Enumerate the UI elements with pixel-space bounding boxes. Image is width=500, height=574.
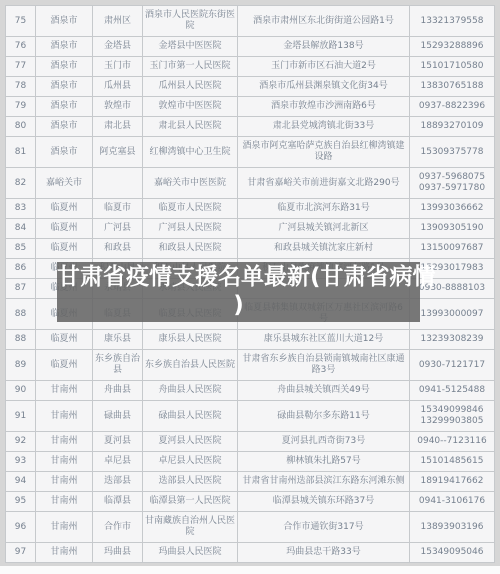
cell-seq: 96 — [6, 512, 36, 543]
cell-seq: 82 — [6, 168, 36, 199]
cell-city: 酒泉市 — [36, 37, 93, 57]
cell-seq: 81 — [6, 137, 36, 168]
cell-phone: 13893903196 — [410, 512, 495, 543]
cell-phone: 0937-8822396 — [410, 97, 495, 117]
cell-seq: 80 — [6, 117, 36, 137]
cell-hospital: 肃北县人民医院 — [143, 117, 238, 137]
cell-seq: 85 — [6, 239, 36, 259]
cell-address: 肃北县党城湾镇北街33号 — [238, 117, 410, 137]
table-row: 84 临夏州 广河县 广河县人民医院 广河县城关镇河北新区 1390930519… — [6, 219, 495, 239]
cell-seq: 77 — [6, 57, 36, 77]
cell-hospital: 临潭县第一人民医院 — [143, 492, 238, 512]
cell-city: 甘南州 — [36, 432, 93, 452]
cell-city: 临夏州 — [36, 330, 93, 350]
table-row: 92 甘南州 夏河县 夏河县人民医院 夏河县扎西奇街73号 0940--7123… — [6, 432, 495, 452]
cell-address: 酒泉市敦煌市沙洲南路6号 — [238, 97, 410, 117]
table-row: 82 嘉峪关市 嘉峪关市中医医院 甘肃省嘉峪关市前进街嘉文北路290号 0937… — [6, 168, 495, 199]
cell-hospital: 康乐县人民医院 — [143, 330, 238, 350]
cell-seq: 95 — [6, 492, 36, 512]
cell-hospital: 酒泉市人民医院东街医院 — [143, 6, 238, 37]
cell-hospital: 金塔县中医医院 — [143, 37, 238, 57]
cell-address: 合作市通钦街317号 — [238, 512, 410, 543]
cell-seq: 94 — [6, 472, 36, 492]
cell-county: 玛曲县 — [93, 543, 143, 563]
cell-city: 甘南州 — [36, 512, 93, 543]
cell-address: 酒泉市瓜州县渊泉镇文化街34号 — [238, 77, 410, 97]
cell-hospital: 碌曲县人民医院 — [143, 401, 238, 432]
cell-city: 临夏州 — [36, 219, 93, 239]
cell-phone: 0941-3106176 — [410, 492, 495, 512]
table-row: 81 酒泉市 阿克塞县 红柳湾镇中心卫生院 酒泉市阿克塞哈萨克族自治县红柳湾镇建… — [6, 137, 495, 168]
cell-phone: 0940--7123116 — [410, 432, 495, 452]
cell-address: 甘肃省嘉峪关市前进街嘉文北路290号 — [238, 168, 410, 199]
watermark-title-line1: 甘肃省疫情支援名单最新(甘肃省病情 — [57, 263, 420, 291]
cell-seq: 92 — [6, 432, 36, 452]
table-row: 89 临夏州 东乡族自治县 东乡族自治县人民医院 甘肃省东乡族自治县锁南镇城南社… — [6, 350, 495, 381]
cell-address: 玛曲县忠干路33号 — [238, 543, 410, 563]
cell-hospital: 和政县人民医院 — [143, 239, 238, 259]
table-row: 95 甘南州 临潭县 临潭县第一人民医院 临潭县城关镇东环路37号 0941-3… — [6, 492, 495, 512]
cell-address: 金塔县解放路138号 — [238, 37, 410, 57]
table-row: 85 临夏州 和政县 和政县人民医院 和政县城关镇沈家庄新村 131500976… — [6, 239, 495, 259]
bottom-strip — [0, 566, 500, 574]
cell-seq: 97 — [6, 543, 36, 563]
cell-hospital: 甘南藏族自治州人民医院 — [143, 512, 238, 543]
cell-seq: 88 — [6, 299, 36, 330]
cell-address: 酒泉市肃州区东北街街道公园路1号 — [238, 6, 410, 37]
cell-city: 甘南州 — [36, 401, 93, 432]
cell-address: 舟曲县城关镇西关49号 — [238, 381, 410, 401]
cell-county: 和政县 — [93, 239, 143, 259]
cell-county: 夏河县 — [93, 432, 143, 452]
cell-phone: 13150097687 — [410, 239, 495, 259]
cell-address: 碌曲县勒尔多东路11号 — [238, 401, 410, 432]
cell-hospital: 敦煌市中医医院 — [143, 97, 238, 117]
cell-seq: 90 — [6, 381, 36, 401]
cell-hospital: 玛曲县人民医院 — [143, 543, 238, 563]
cell-address: 临夏市北滨河东路31号 — [238, 199, 410, 219]
cell-phone: 0937-5968075 0937-5971780 — [410, 168, 495, 199]
table-row: 78 酒泉市 瓜州县 瓜州县人民医院 酒泉市瓜州县渊泉镇文化街34号 13830… — [6, 77, 495, 97]
cell-seq: 91 — [6, 401, 36, 432]
cell-city: 甘南州 — [36, 492, 93, 512]
cell-city: 酒泉市 — [36, 97, 93, 117]
cell-seq: 76 — [6, 37, 36, 57]
cell-city: 甘南州 — [36, 472, 93, 492]
cell-address: 玉门市新市区石油大道2号 — [238, 57, 410, 77]
watermark-overlay: 甘肃省疫情支援名单最新(甘肃省病情 ) — [57, 262, 420, 322]
cell-county: 肃北县 — [93, 117, 143, 137]
cell-seq: 93 — [6, 452, 36, 472]
cell-address: 康乐县城东社区蓝川大道12号 — [238, 330, 410, 350]
cell-phone: 18919417662 — [410, 472, 495, 492]
cell-hospital: 瓜州县人民医院 — [143, 77, 238, 97]
cell-county: 瓜州县 — [93, 77, 143, 97]
cell-phone: 13909305190 — [410, 219, 495, 239]
cell-phone: 15101710580 — [410, 57, 495, 77]
cell-county: 广河县 — [93, 219, 143, 239]
cell-county: 敦煌市 — [93, 97, 143, 117]
cell-phone: 0941-5125488 — [410, 381, 495, 401]
cell-phone: 15101485615 — [410, 452, 495, 472]
cell-city: 临夏州 — [36, 350, 93, 381]
cell-address: 甘肃省东乡族自治县锁南镇城南社区康通路3号 — [238, 350, 410, 381]
table-row: 76 酒泉市 金塔县 金塔县中医医院 金塔县解放路138号 1529328889… — [6, 37, 495, 57]
cell-city: 临夏州 — [36, 199, 93, 219]
cell-city: 酒泉市 — [36, 6, 93, 37]
cell-address: 临潭县城关镇东环路37号 — [238, 492, 410, 512]
cell-seq: 86 — [6, 259, 36, 279]
table-row: 80 酒泉市 肃北县 肃北县人民医院 肃北县党城湾镇北街33号 18893270… — [6, 117, 495, 137]
table-row: 91 甘南州 碌曲县 碌曲县人民医院 碌曲县勒尔多东路11号 153490998… — [6, 401, 495, 432]
cell-city: 甘南州 — [36, 452, 93, 472]
cell-address: 甘肃省甘南州迭部县滨江东路东河滩东侧 — [238, 472, 410, 492]
cell-phone: 13993000097 — [410, 299, 495, 330]
cell-seq: 84 — [6, 219, 36, 239]
cell-city: 酒泉市 — [36, 77, 93, 97]
cell-city: 甘南州 — [36, 381, 93, 401]
cell-county: 肃州区 — [93, 6, 143, 37]
cell-seq: 83 — [6, 199, 36, 219]
cell-hospital: 迭部县人民医院 — [143, 472, 238, 492]
cell-county: 临夏市 — [93, 199, 143, 219]
table-row: 83 临夏州 临夏市 临夏市人民医院 临夏市北滨河东路31号 139930366… — [6, 199, 495, 219]
page: 75 酒泉市 肃州区 酒泉市人民医院东街医院 酒泉市肃州区东北街街道公园路1号 … — [0, 0, 500, 574]
table-row: 79 酒泉市 敦煌市 敦煌市中医医院 酒泉市敦煌市沙洲南路6号 0937-882… — [6, 97, 495, 117]
table-row: 77 酒泉市 玉门市 玉门市第一人民医院 玉门市新市区石油大道2号 151017… — [6, 57, 495, 77]
cell-address: 酒泉市阿克塞哈萨克族自治县红柳湾镇建设路 — [238, 137, 410, 168]
cell-address: 柳林镇朱扎路57号 — [238, 452, 410, 472]
cell-seq: 89 — [6, 350, 36, 381]
cell-county: 东乡族自治县 — [93, 350, 143, 381]
cell-address: 夏河县扎西奇街73号 — [238, 432, 410, 452]
table-row: 90 甘南州 舟曲县 舟曲县人民医院 舟曲县城关镇西关49号 0941-5125… — [6, 381, 495, 401]
cell-county: 迭部县 — [93, 472, 143, 492]
cell-county: 临潭县 — [93, 492, 143, 512]
cell-seq: 78 — [6, 77, 36, 97]
cell-hospital: 红柳湾镇中心卫生院 — [143, 137, 238, 168]
cell-phone: 13239308239 — [410, 330, 495, 350]
cell-county — [93, 168, 143, 199]
cell-phone: 18893270109 — [410, 117, 495, 137]
cell-city: 甘南州 — [36, 543, 93, 563]
cell-county: 舟曲县 — [93, 381, 143, 401]
cell-hospital: 广河县人民医院 — [143, 219, 238, 239]
cell-city: 嘉峪关市 — [36, 168, 93, 199]
watermark-title-line2: ) — [57, 291, 420, 319]
cell-city: 酒泉市 — [36, 137, 93, 168]
cell-city: 酒泉市 — [36, 117, 93, 137]
cell-county: 金塔县 — [93, 37, 143, 57]
table-row: 88 临夏州 康乐县 康乐县人民医院 康乐县城东社区蓝川大道12号 132393… — [6, 330, 495, 350]
cell-seq: 79 — [6, 97, 36, 117]
cell-hospital: 舟曲县人民医院 — [143, 381, 238, 401]
cell-county: 碌曲县 — [93, 401, 143, 432]
cell-phone: 13993036662 — [410, 199, 495, 219]
cell-phone: 13830765188 — [410, 77, 495, 97]
cell-phone: 15309375778 — [410, 137, 495, 168]
cell-hospital: 卓尼县人民医院 — [143, 452, 238, 472]
cell-phone: 15349095046 — [410, 543, 495, 563]
cell-phone: 0930-7121717 — [410, 350, 495, 381]
cell-hospital: 玉门市第一人民医院 — [143, 57, 238, 77]
table-row: 94 甘南州 迭部县 迭部县人民医院 甘肃省甘南州迭部县滨江东路东河滩东侧 18… — [6, 472, 495, 492]
cell-city: 酒泉市 — [36, 57, 93, 77]
cell-address: 和政县城关镇沈家庄新村 — [238, 239, 410, 259]
table-row: 97 甘南州 玛曲县 玛曲县人民医院 玛曲县忠干路33号 15349095046 — [6, 543, 495, 563]
cell-county: 合作市 — [93, 512, 143, 543]
cell-seq: 75 — [6, 6, 36, 37]
cell-county: 康乐县 — [93, 330, 143, 350]
cell-county: 阿克塞县 — [93, 137, 143, 168]
cell-phone: 15349099846 13299903805 — [410, 401, 495, 432]
cell-hospital: 临夏市人民医院 — [143, 199, 238, 219]
cell-seq: 87 — [6, 279, 36, 299]
table-row: 75 酒泉市 肃州区 酒泉市人民医院东街医院 酒泉市肃州区东北街街道公园路1号 … — [6, 6, 495, 37]
cell-county: 卓尼县 — [93, 452, 143, 472]
cell-phone: 15293288896 — [410, 37, 495, 57]
cell-hospital: 嘉峪关市中医医院 — [143, 168, 238, 199]
cell-county: 玉门市 — [93, 57, 143, 77]
table-row: 93 甘南州 卓尼县 卓尼县人民医院 柳林镇朱扎路57号 15101485615 — [6, 452, 495, 472]
cell-hospital: 东乡族自治县人民医院 — [143, 350, 238, 381]
cell-hospital: 夏河县人民医院 — [143, 432, 238, 452]
cell-address: 广河县城关镇河北新区 — [238, 219, 410, 239]
cell-seq: 88 — [6, 330, 36, 350]
cell-phone: 13321379558 — [410, 6, 495, 37]
table-row: 96 甘南州 合作市 甘南藏族自治州人民医院 合作市通钦街317号 138939… — [6, 512, 495, 543]
cell-city: 临夏州 — [36, 239, 93, 259]
